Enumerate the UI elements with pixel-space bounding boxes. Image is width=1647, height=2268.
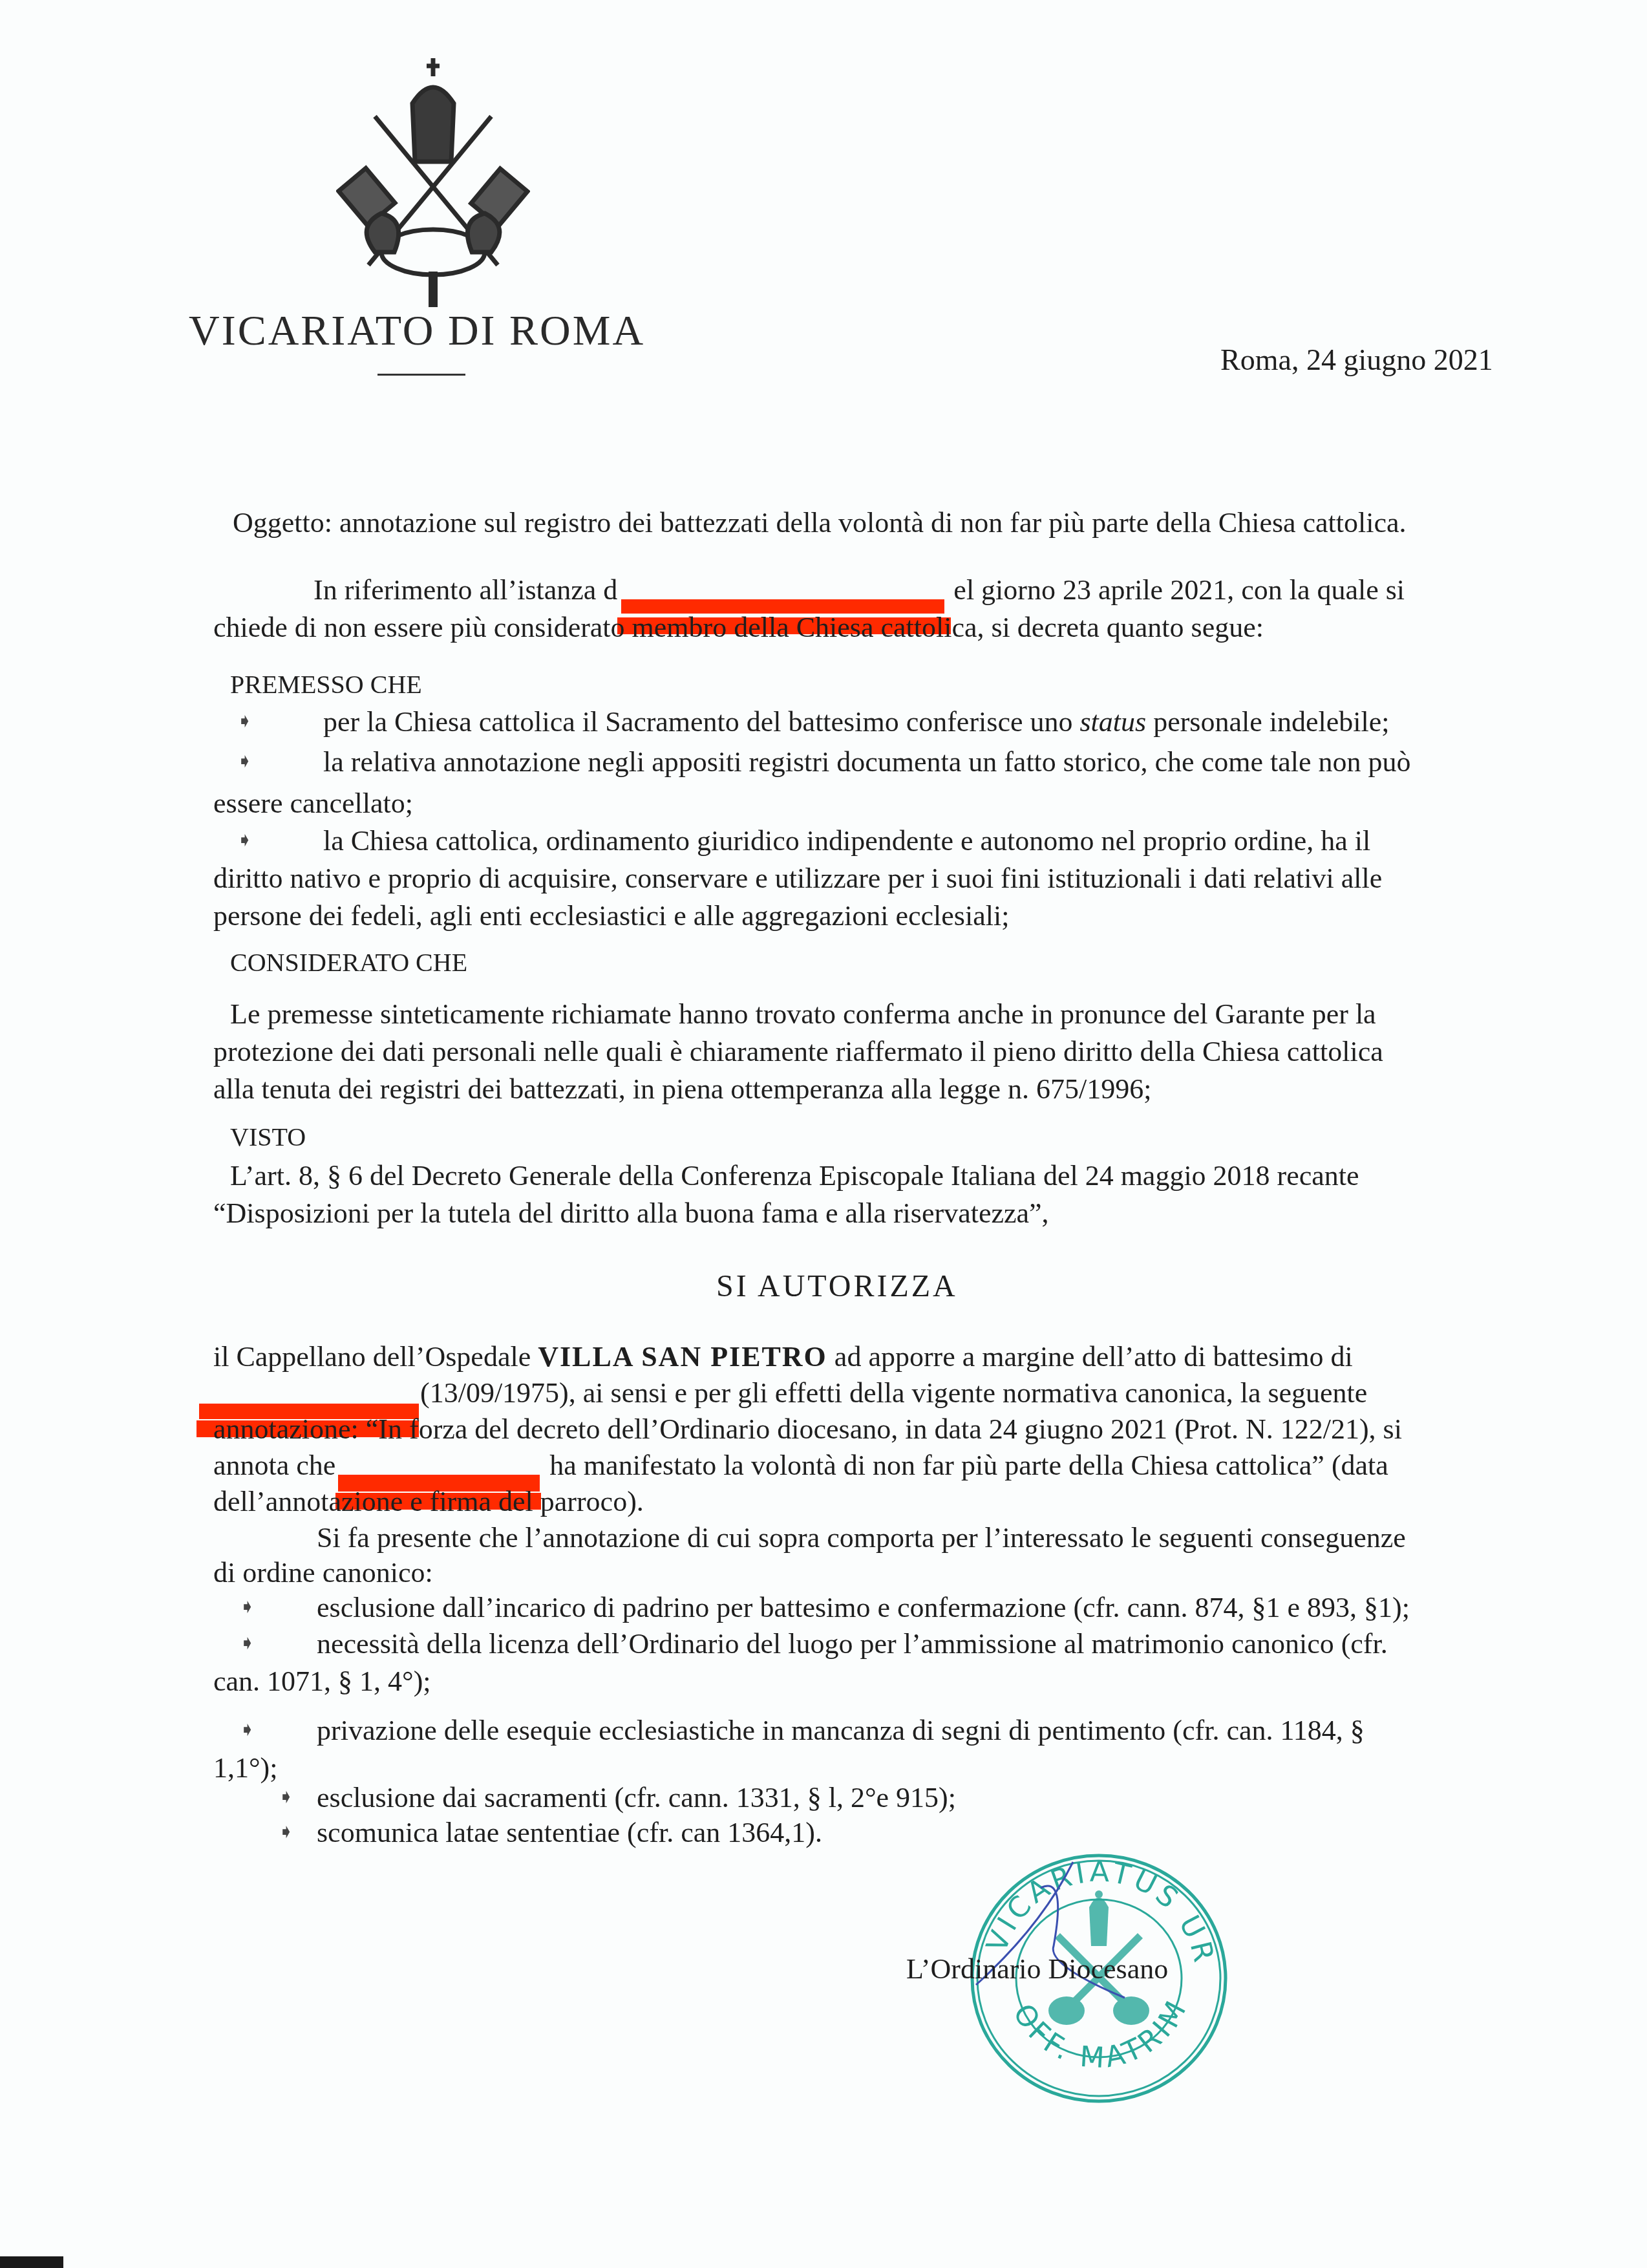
autorizza-text: ha manifestato la volontà di non far più… xyxy=(542,1450,1388,1481)
scan-edge xyxy=(0,2256,63,2268)
intro-line-2: chiede di non essere più considerato mem… xyxy=(213,609,1264,647)
autorizza-text: ad apporre a margine dell’atto di battes… xyxy=(827,1341,1353,1373)
heading-considerato: CONSIDERATO CHE xyxy=(230,944,467,981)
intro-text: el giorno 23 aprile 2021, con la quale s… xyxy=(953,574,1405,606)
consequences-intro-2: di ordine canonico: xyxy=(213,1554,433,1592)
premesso-item: la Chiesa cattolica, ordinamento giuridi… xyxy=(323,822,1370,860)
consequence-item: can. 1071, § 1, 4°); xyxy=(213,1663,431,1700)
arrow-bullet-icon: ➧ xyxy=(239,1718,255,1741)
visto-line: “Disposizioni per la tutela del diritto … xyxy=(213,1195,1049,1232)
considerato-line: Le premesse sinteticamente richiamate ha… xyxy=(230,996,1376,1033)
arrow-bullet-icon: ➧ xyxy=(278,1821,294,1843)
autorizza-text: il Cappellano dell’Ospedale xyxy=(213,1341,538,1373)
autorizza-line-4: annota che ha manifestato la volontà di … xyxy=(213,1447,1388,1484)
autorizza-line-2: (13/09/1975), ai sensi e per gli effetti… xyxy=(194,1375,1367,1412)
autorizza-line-3: annotazione: “In forza del decreto dell’… xyxy=(213,1411,1402,1448)
intro-line-1: In riferimento all’istanza del giorno 23… xyxy=(313,572,1405,609)
consequences-intro-1: Si fa presente che l’annotazione di cui … xyxy=(317,1519,1406,1557)
consequence-item: scomunica latae sententiae (cfr. can 136… xyxy=(317,1814,822,1852)
arrow-bullet-icon: ➧ xyxy=(239,1632,255,1654)
autorizza-text: annota che xyxy=(213,1450,335,1481)
arrow-bullet-icon: ➧ xyxy=(237,750,253,773)
papal-coat-of-arms-icon xyxy=(336,58,530,310)
heading-premesso: PREMESSO CHE xyxy=(230,666,422,703)
premesso-item: essere cancellato; xyxy=(213,785,413,822)
consequence-item: esclusione dall’incarico di padrino per … xyxy=(317,1589,1410,1627)
hospital-name: VILLA SAN PIETRO xyxy=(538,1341,827,1373)
intro-text: In riferimento all’istanza d xyxy=(313,574,617,606)
header-divider xyxy=(377,374,465,376)
autorizza-line-5: dell’annotazione e firma del parroco). xyxy=(213,1483,644,1521)
subject-line: Oggetto: annotazione sul registro dei ba… xyxy=(233,504,1407,542)
premesso-item: per la Chiesa cattolica il Sacramento de… xyxy=(323,703,1389,741)
heading-si-autorizza: SI AUTORIZZA xyxy=(716,1268,958,1304)
heading-visto: VISTO xyxy=(230,1118,306,1156)
visto-line: L’art. 8, § 6 del Decreto Generale della… xyxy=(230,1157,1359,1195)
autorizza-text: (13/09/1975), ai sensi e per gli effetti… xyxy=(420,1377,1367,1409)
arrow-bullet-icon: ➧ xyxy=(239,1596,255,1618)
consequence-item: esclusione dai sacramenti (cfr. cann. 13… xyxy=(317,1779,956,1817)
premesso-item: diritto nativo e proprio di acquisire, c… xyxy=(213,860,1382,897)
autorizza-line-1: il Cappellano dell’Ospedale VILLA SAN PI… xyxy=(213,1338,1353,1376)
considerato-line: alla tenuta dei registri dei battezzati,… xyxy=(213,1071,1151,1108)
arrow-bullet-icon: ➧ xyxy=(237,829,253,851)
consequence-item: 1,1°); xyxy=(213,1749,277,1787)
arrow-bullet-icon: ➧ xyxy=(278,1786,294,1808)
premesso-item: persone dei fedeli, agli enti ecclesiast… xyxy=(213,897,1009,935)
consequence-item: privazione delle esequie ecclesiastiche … xyxy=(317,1712,1365,1749)
considerato-line: protezione dei dati personali nelle qual… xyxy=(213,1033,1383,1071)
consequence-item: necessità della licenza dell’Ordinario d… xyxy=(317,1625,1388,1663)
signature-label: L’Ordinario Diocesano xyxy=(906,1952,1168,1985)
document-date: Roma, 24 giugno 2021 xyxy=(1220,343,1493,377)
premesso-item: la relativa annotazione negli appositi r… xyxy=(323,744,1410,781)
arrow-bullet-icon: ➧ xyxy=(237,710,253,733)
organization-name: VICARIATO DI ROMA xyxy=(189,306,645,356)
